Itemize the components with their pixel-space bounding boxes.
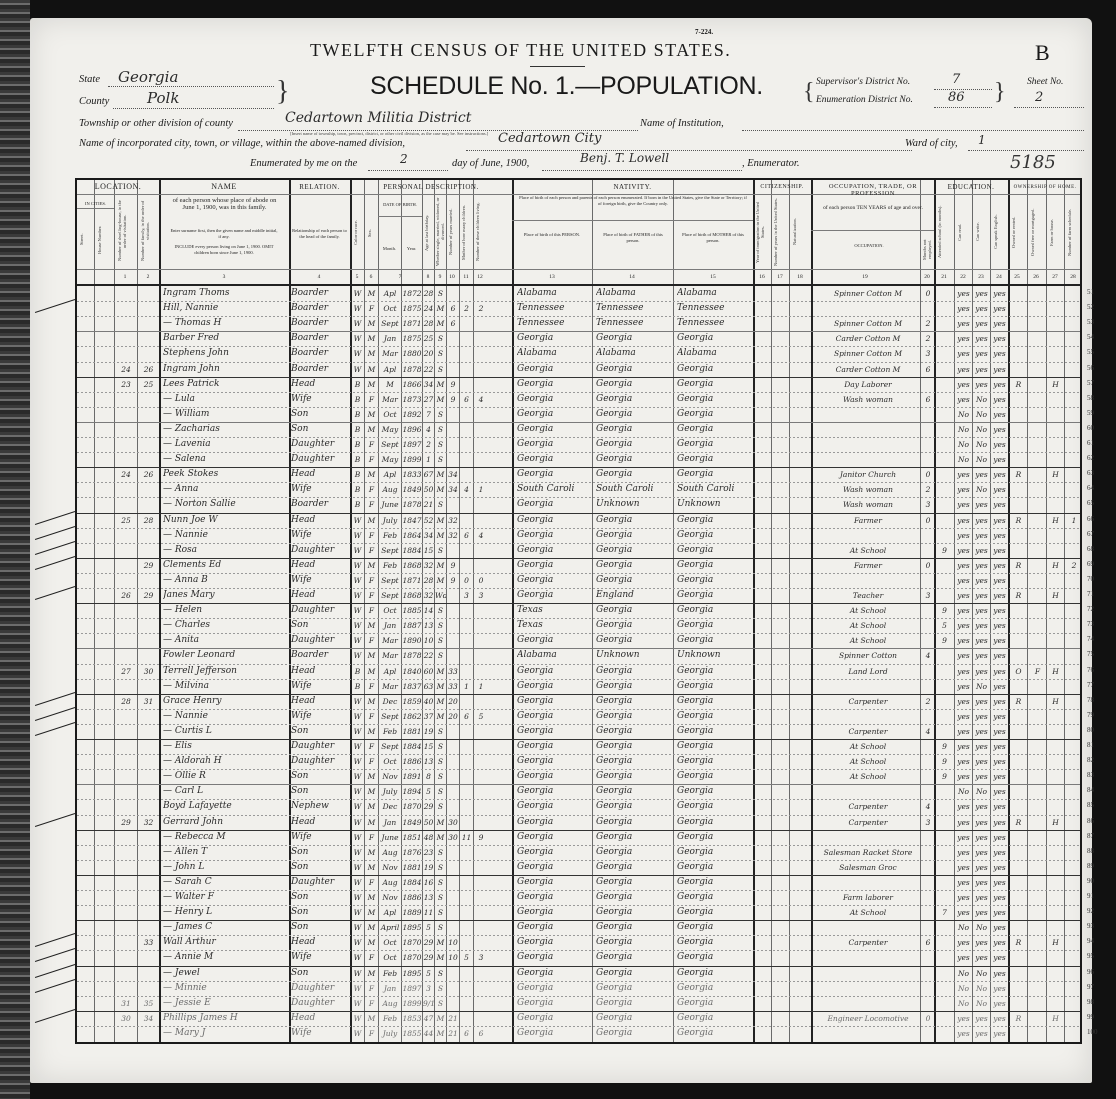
- table-row: — MinnieDaughterWFJan18973SGeorgiaGeorgi…: [77, 981, 1080, 996]
- cell-marital: S: [435, 603, 446, 618]
- cell-family: 34: [138, 1011, 159, 1026]
- cell-en: yes: [991, 648, 1008, 663]
- line-number: 97: [1087, 983, 1094, 991]
- cell-sex: F: [365, 392, 378, 407]
- cell-occ: At School: [817, 905, 919, 920]
- cell-dwelling: 24: [115, 362, 137, 377]
- line-number: 76: [1087, 666, 1094, 674]
- line-number: 91: [1087, 892, 1094, 900]
- cell-name: Hill, Nannie: [163, 301, 288, 316]
- name-description: of each person whose place of abode on J…: [167, 197, 282, 211]
- line-number: 78: [1087, 696, 1094, 704]
- cell-sch: 9: [936, 769, 953, 784]
- cell-age: 28: [423, 286, 434, 301]
- cell-pob: Georgia: [517, 815, 591, 830]
- line-number: 88: [1087, 847, 1094, 855]
- cell-en: yes: [991, 513, 1008, 528]
- cell-lv: 0: [474, 573, 488, 588]
- cell-wr: yes: [973, 890, 990, 905]
- cell-color: W: [351, 362, 364, 377]
- cell-age: 13: [423, 890, 434, 905]
- cell-marital: M: [435, 664, 446, 679]
- cell-sex: M: [365, 513, 378, 528]
- cell-wr: yes: [973, 845, 990, 860]
- line-number: 77: [1087, 681, 1094, 689]
- rule: [811, 230, 934, 231]
- relation-header: RELATION.: [289, 183, 350, 191]
- cell-occ: Day Laborer: [817, 377, 919, 392]
- line-number: 56: [1087, 364, 1094, 372]
- cell-pob: Georgia: [517, 694, 591, 709]
- table-row: — Allen TSonWMAug187623SGeorgiaGeorgiaGe…: [77, 845, 1080, 860]
- cell-rd: No: [955, 981, 972, 996]
- cell-unemp: 4: [922, 724, 934, 739]
- personal-description-header: PERSONAL DESCRIPTION.: [350, 183, 512, 191]
- cell-color: W: [351, 996, 364, 1011]
- cell-marital: M: [435, 513, 446, 528]
- cell-year: 1864: [402, 528, 422, 543]
- table-row: 2730Terrell JeffersonHeadBMApl184060M33G…: [77, 664, 1080, 679]
- cell-en: yes: [991, 920, 1008, 935]
- cell-wr: No: [973, 452, 990, 467]
- cell-pobm: Tennessee: [677, 301, 752, 316]
- cell-wr: yes: [973, 377, 990, 392]
- cell-marital: S: [435, 331, 446, 346]
- cell-pob: Georgia: [517, 981, 591, 996]
- table-row: — ElisDaughterWFSept188415SGeorgiaGeorgi…: [77, 739, 1080, 754]
- table-row: Hill, NannieBoarderWFOct187524M622Tennes…: [77, 301, 1080, 316]
- cell-relation: Wife: [291, 950, 349, 965]
- cell-name: — Zacharias: [163, 422, 288, 437]
- cell-sex: M: [365, 935, 378, 950]
- cell-pobf: Georgia: [596, 724, 672, 739]
- line-number: 89: [1087, 862, 1094, 870]
- cell-month: Oct: [379, 935, 401, 950]
- cell-pobm: Georgia: [677, 784, 752, 799]
- cell-name: — Nannie: [163, 528, 288, 543]
- cell-month: Mar: [379, 679, 401, 694]
- table-row: — Ollie RSonWMNov18918SGeorgiaGeorgiaGeo…: [77, 769, 1080, 784]
- rule: [512, 220, 753, 221]
- cell-age: 4: [423, 422, 434, 437]
- cell-en: yes: [991, 845, 1008, 860]
- cell-name: — Henry L: [163, 905, 288, 920]
- cell-pobm: Georgia: [677, 694, 752, 709]
- occupation-description: of each person TEN YEARS of age and over…: [817, 205, 929, 212]
- cell-occ: Carder Cotton M: [817, 362, 919, 377]
- cell-unemp: 3: [922, 588, 934, 603]
- cell-color: W: [351, 860, 364, 875]
- cell-ch: 11: [460, 830, 473, 845]
- cell-rd: yes: [955, 754, 972, 769]
- table-row: 2528Nunn Joe WHeadWMJuly184752M32Georgia…: [77, 513, 1080, 528]
- cell-occ: Carpenter: [817, 799, 919, 814]
- cell-pob: Georgia: [517, 830, 591, 845]
- cell-age: 5: [423, 920, 434, 935]
- cell-relation: Boarder: [291, 331, 349, 346]
- cell-year: 1884: [402, 543, 422, 558]
- cell-occ: At School: [817, 543, 919, 558]
- cell-color: W: [351, 799, 364, 814]
- cell-age: 11: [423, 905, 434, 920]
- line-number: 70: [1087, 575, 1094, 583]
- cell-ch: 6: [460, 709, 473, 724]
- school-header: Attended school (in months).: [937, 197, 952, 267]
- column-number: 4: [311, 274, 327, 280]
- cell-en: yes: [991, 467, 1008, 482]
- cell-name: Clements Ed: [163, 558, 288, 573]
- cell-pobf: Georgia: [596, 528, 672, 543]
- cell-year: 1833: [402, 467, 422, 482]
- cell-pobf: Georgia: [596, 905, 672, 920]
- cell-sex: M: [365, 694, 378, 709]
- cell-en: yes: [991, 709, 1008, 724]
- cell-month: Apl: [379, 467, 401, 482]
- in-cities-header: IN CITIES.: [77, 201, 114, 207]
- cell-age: 15: [423, 543, 434, 558]
- cell-unemp: 0: [922, 513, 934, 528]
- cell-month: Jan: [379, 815, 401, 830]
- cell-name: Phillips James H: [163, 1011, 288, 1026]
- cell-pobm: Georgia: [677, 830, 752, 845]
- cell-en: yes: [991, 935, 1008, 950]
- cell-age: 50: [423, 815, 434, 830]
- cell-ym: 6: [447, 301, 459, 316]
- cell-unemp: 2: [922, 331, 934, 346]
- cell-year: 1868: [402, 558, 422, 573]
- line-number: 65: [1087, 499, 1094, 507]
- cell-relation: Head: [291, 694, 349, 709]
- cell-age: 29: [423, 935, 434, 950]
- cell-pob: Georgia: [517, 543, 591, 558]
- cell-hs: H: [1047, 935, 1064, 950]
- cell-marital: M: [435, 1011, 446, 1026]
- cell-name: — Lavenia: [163, 437, 288, 452]
- cell-rd: yes: [955, 392, 972, 407]
- cell-name: Barber Fred: [163, 331, 288, 346]
- cell-family: 29: [138, 558, 159, 573]
- citizenship-header: CITIZENSHIP.: [753, 183, 811, 191]
- line-number: 86: [1087, 817, 1094, 825]
- cell-wr: yes: [973, 799, 990, 814]
- cell-en: yes: [991, 784, 1008, 799]
- cell-year: 1871: [402, 573, 422, 588]
- line-number: 87: [1087, 832, 1094, 840]
- cell-pobm: Georgia: [677, 679, 752, 694]
- cell-color: W: [351, 618, 364, 633]
- cell-month: Apl: [379, 286, 401, 301]
- cell-pobf: Georgia: [596, 618, 672, 633]
- line-number: 73: [1087, 620, 1094, 628]
- cell-age: 1: [423, 452, 434, 467]
- cell-hs: H: [1047, 558, 1064, 573]
- cell-en: yes: [991, 1026, 1008, 1041]
- cell-en: yes: [991, 739, 1008, 754]
- cell-wr: yes: [973, 739, 990, 754]
- form-number: 7-224.: [695, 28, 735, 36]
- cell-fm: F: [1029, 664, 1046, 679]
- cell-age: 27: [423, 392, 434, 407]
- cell-month: Dec: [379, 799, 401, 814]
- sheet-value: 2: [1035, 90, 1043, 105]
- cell-age: 37: [423, 709, 434, 724]
- cell-relation: Daughter: [291, 996, 349, 1011]
- cell-color: W: [351, 588, 364, 603]
- cell-pob: Georgia: [517, 467, 591, 482]
- column-number: 1: [117, 274, 133, 280]
- cell-age: 9/12: [423, 996, 434, 1011]
- cell-rd: yes: [955, 1011, 972, 1026]
- cell-hs: H: [1047, 588, 1064, 603]
- column-number: 22: [955, 274, 971, 280]
- cell-age: 48: [423, 830, 434, 845]
- cell-sex: F: [365, 543, 378, 558]
- cell-marital: S: [435, 996, 446, 1011]
- cell-pobf: Georgia: [596, 875, 672, 890]
- cell-wr: yes: [973, 346, 990, 361]
- cell-relation: Son: [291, 618, 349, 633]
- cell-marital: S: [435, 845, 446, 860]
- line-number: 54: [1087, 333, 1094, 341]
- cell-year: 1849: [402, 482, 422, 497]
- enumerator-label: , Enumerator.: [742, 158, 799, 169]
- table-row: Fowler LeonardBoarderWMMar187822SAlabama…: [77, 648, 1080, 663]
- cell-sex: M: [365, 1011, 378, 1026]
- cell-sex: M: [365, 724, 378, 739]
- cell-en: yes: [991, 377, 1008, 392]
- cell-family: 26: [138, 467, 159, 482]
- cell-own: R: [1010, 377, 1027, 392]
- cell-en: yes: [991, 573, 1008, 588]
- city-value: Cedartown City: [498, 131, 601, 146]
- cell-hs: H: [1047, 694, 1064, 709]
- rule: [77, 194, 159, 195]
- cell-color: B: [351, 679, 364, 694]
- cell-month: Sept: [379, 316, 401, 331]
- table-row: Ingram ThomsBoarderWMApl187228SAlabamaAl…: [77, 286, 1080, 301]
- cell-pobm: Georgia: [677, 815, 752, 830]
- cell-wr: yes: [973, 286, 990, 301]
- cell-rd: yes: [955, 633, 972, 648]
- cell-age: 40: [423, 694, 434, 709]
- cell-marital: S: [435, 724, 446, 739]
- table-row: 29Clements EdHeadWMFeb186832M9GeorgiaGeo…: [77, 558, 1080, 573]
- cell-pob: Georgia: [517, 799, 591, 814]
- cell-marital: S: [435, 618, 446, 633]
- cell-sex: F: [365, 739, 378, 754]
- cell-wr: No: [973, 920, 990, 935]
- cell-pobf: Georgia: [596, 784, 672, 799]
- cell-color: W: [351, 1026, 364, 1041]
- cell-family: 30: [138, 664, 159, 679]
- cell-relation: Head: [291, 935, 349, 950]
- cell-sex: F: [365, 679, 378, 694]
- cell-pobm: Georgia: [677, 513, 752, 528]
- cell-age: 20: [423, 346, 434, 361]
- county-label: County: [79, 96, 109, 107]
- table-row: — NannieWifeWFSept186237M2065GeorgiaGeor…: [77, 709, 1080, 724]
- cell-sex: F: [365, 996, 378, 1011]
- cell-marital: S: [435, 905, 446, 920]
- cell-rd: No: [955, 966, 972, 981]
- cell-wr: yes: [973, 694, 990, 709]
- cell-year: 1855: [402, 1026, 422, 1041]
- cell-name: — James C: [163, 920, 288, 935]
- cell-hs: H: [1047, 377, 1064, 392]
- cell-dwelling: 25: [115, 513, 137, 528]
- cell-month: Apl: [379, 664, 401, 679]
- line-number: 75: [1087, 650, 1094, 658]
- line-number: 53: [1087, 318, 1094, 326]
- supervisor-value: 7: [952, 72, 960, 87]
- cell-year: 1894: [402, 784, 422, 799]
- cell-pob: Georgia: [517, 573, 591, 588]
- cell-age: 34: [423, 528, 434, 543]
- naturalization-header: Naturalization.: [792, 197, 808, 267]
- cell-age: 19: [423, 860, 434, 875]
- cell-color: W: [351, 301, 364, 316]
- cell-rd: yes: [955, 890, 972, 905]
- line-number: 58: [1087, 394, 1094, 402]
- cell-month: Dec: [379, 694, 401, 709]
- cell-wr: yes: [973, 618, 990, 633]
- cell-pobf: Georgia: [596, 845, 672, 860]
- cell-year: 1886: [402, 754, 422, 769]
- cell-ym: 10: [447, 950, 459, 965]
- cell-relation: Head: [291, 664, 349, 679]
- cell-rd: No: [955, 920, 972, 935]
- cell-pobm: Georgia: [677, 618, 752, 633]
- cell-pob: Georgia: [517, 679, 591, 694]
- cell-family: 29: [138, 588, 159, 603]
- cell-rd: yes: [955, 694, 972, 709]
- cell-year: 1887: [402, 618, 422, 633]
- cell-pobm: Georgia: [677, 920, 752, 935]
- table-row: — John LSonWMNov188119SGeorgiaGeorgiaGeo…: [77, 860, 1080, 875]
- cell-relation: Wife: [291, 573, 349, 588]
- table-row: — AnitaDaughterWFMar189010SGeorgiaGeorgi…: [77, 633, 1080, 648]
- cell-relation: Boarder: [291, 316, 349, 331]
- column-number: 12: [472, 274, 488, 280]
- cell-sex: F: [365, 875, 378, 890]
- table-row: — Sarah CDaughterWFAug188416SGeorgiaGeor…: [77, 875, 1080, 890]
- table-row: — James CSonWMApril18955SGeorgiaGeorgiaG…: [77, 920, 1080, 935]
- cell-en: yes: [991, 679, 1008, 694]
- table-row: — RosaDaughterWFSept188415SGeorgiaGeorgi…: [77, 543, 1080, 558]
- cell-sex: M: [365, 316, 378, 331]
- institution-line: [742, 130, 1084, 131]
- cell-ym: 34: [447, 482, 459, 497]
- cell-year: 1859: [402, 694, 422, 709]
- cell-name: — Thomas H: [163, 316, 288, 331]
- line-number: 61: [1087, 439, 1094, 447]
- cell-month: July: [379, 784, 401, 799]
- cell-rd: yes: [955, 543, 972, 558]
- cell-sex: M: [365, 815, 378, 830]
- cell-pobf: Georgia: [596, 543, 672, 558]
- cell-pob: Georgia: [517, 709, 591, 724]
- cell-month: May: [379, 422, 401, 437]
- cell-wr: yes: [973, 331, 990, 346]
- cell-name: — Aldorah H: [163, 754, 288, 769]
- cell-year: 1868: [402, 588, 422, 603]
- cell-year: 1849: [402, 815, 422, 830]
- cell-dwelling: 29: [115, 815, 137, 830]
- cell-color: W: [351, 694, 364, 709]
- cell-marital: M: [435, 377, 446, 392]
- age-header: Age at last birthday.: [424, 200, 433, 266]
- cell-rd: yes: [955, 1026, 972, 1041]
- cell-year: 1880: [402, 346, 422, 361]
- enumerated-prefix: Enumerated by me on the: [250, 158, 357, 169]
- color-header: Color or race.: [353, 200, 362, 266]
- line-number: 85: [1087, 801, 1094, 809]
- cell-relation: Son: [291, 784, 349, 799]
- cell-sex: F: [365, 573, 378, 588]
- cell-month: Sept: [379, 709, 401, 724]
- cell-en: yes: [991, 301, 1008, 316]
- cell-pobf: Georgia: [596, 377, 672, 392]
- cell-month: April: [379, 920, 401, 935]
- table-row: 3135— Jessie EDaughterWFAug18999/12SGeor…: [77, 996, 1080, 1011]
- cell-pobm: Georgia: [677, 377, 752, 392]
- cell-en: yes: [991, 452, 1008, 467]
- table-row: — WilliamSonBMOct18927SGeorgiaGeorgiaGeo…: [77, 407, 1080, 422]
- cell-pobm: Georgia: [677, 875, 752, 890]
- cell-en: yes: [991, 422, 1008, 437]
- cell-color: W: [351, 754, 364, 769]
- cell-color: W: [351, 966, 364, 981]
- cell-relation: Head: [291, 377, 349, 392]
- table-row: 2831Grace HenryHeadWMDec185940M20Georgia…: [77, 694, 1080, 709]
- cell-year: 1873: [402, 392, 422, 407]
- cell-pobf: Georgia: [596, 558, 672, 573]
- cell-occ: Carder Cotton M: [817, 331, 919, 346]
- cell-pobm: Georgia: [677, 996, 752, 1011]
- cell-hs: H: [1047, 467, 1064, 482]
- cell-color: B: [351, 482, 364, 497]
- cell-sex: F: [365, 1026, 378, 1041]
- cell-wr: yes: [973, 830, 990, 845]
- cell-month: Sept: [379, 739, 401, 754]
- cell-age: 7: [423, 407, 434, 422]
- cell-color: B: [351, 664, 364, 679]
- cell-relation: Wife: [291, 528, 349, 543]
- line-number: 92: [1087, 907, 1094, 915]
- table-row: Boyd LafayetteNephewWMDec187029SGeorgiaG…: [77, 799, 1080, 814]
- table-row: — MilvinaWifeBFMar183763M3311GeorgiaGeor…: [77, 679, 1080, 694]
- cell-pobm: Georgia: [677, 467, 752, 482]
- state-value: Georgia: [118, 68, 178, 86]
- enumeration-label: Enumeration District No.: [816, 95, 913, 105]
- nativity-header: NATIVITY.: [512, 183, 753, 191]
- cell-pob: Georgia: [517, 905, 591, 920]
- cell-wr: yes: [973, 513, 990, 528]
- line-number: 81: [1087, 741, 1094, 749]
- column-number: 7: [392, 274, 408, 280]
- cell-age: 22: [423, 362, 434, 377]
- cell-name: — Anita: [163, 633, 288, 648]
- cell-ym: 33: [447, 679, 459, 694]
- cell-relation: Daughter: [291, 543, 349, 558]
- cell-relation: Son: [291, 920, 349, 935]
- cell-color: W: [351, 739, 364, 754]
- cell-relation: Head: [291, 513, 349, 528]
- cell-occ: Salesman Groc: [817, 860, 919, 875]
- cell-sex: M: [365, 362, 378, 377]
- cell-color: W: [351, 286, 364, 301]
- column-number: 13: [544, 274, 560, 280]
